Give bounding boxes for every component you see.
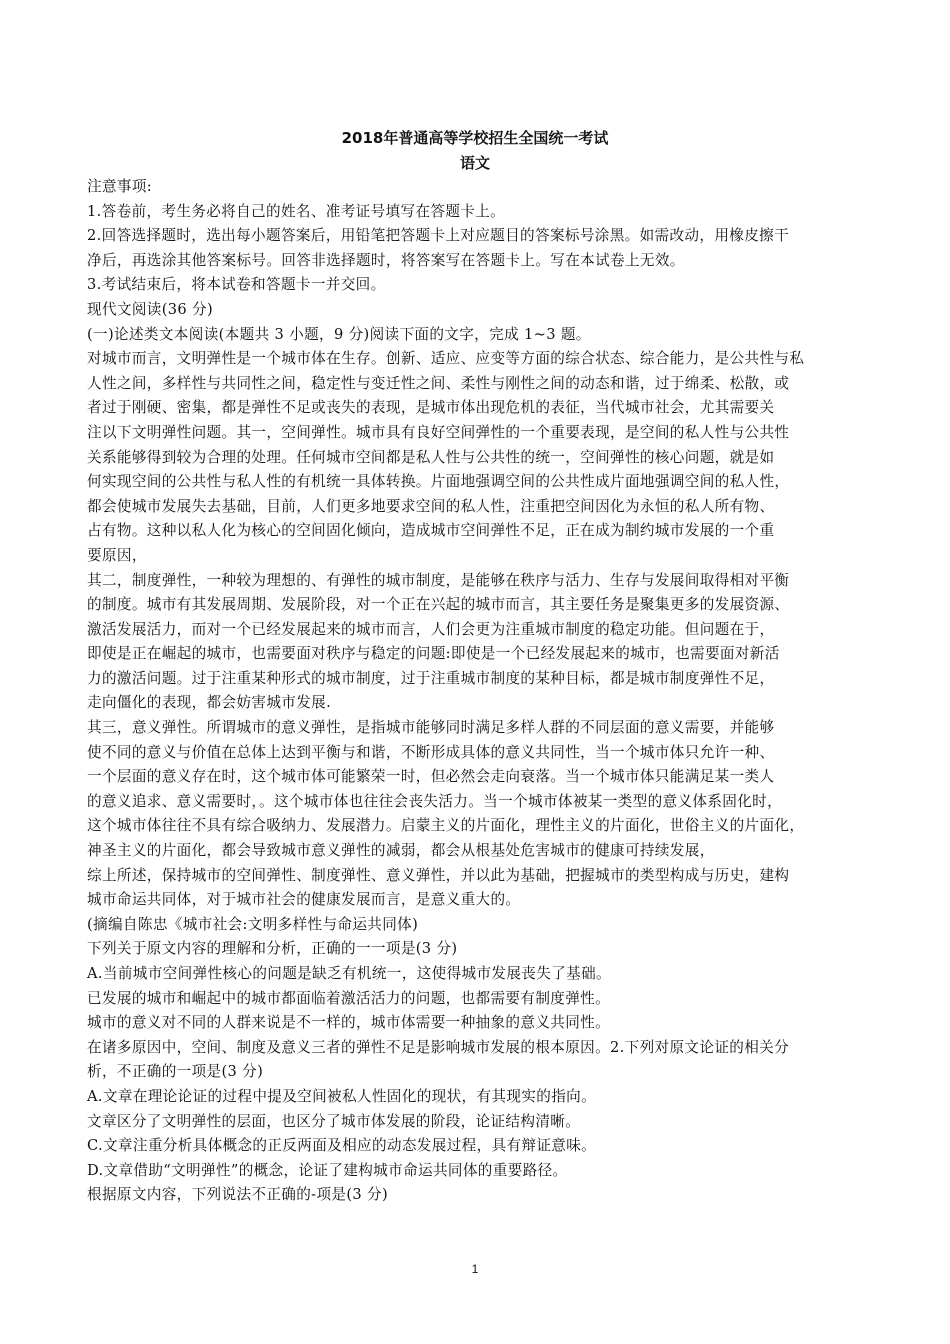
notice-item-2: 2.回答选择题时，选出每小题答案后，用铅笔把答题卡上对应题目的答案标号涂黑。如需… <box>87 224 877 249</box>
passage-line: 人性之间，多样性与共同性之间，稳定性与变迁性之间、柔性与刚性之间的动态和谐，过于… <box>87 372 877 397</box>
question-1-stem: 下列关于原文内容的理解和分析，正确的一一项是(3 分) <box>87 937 877 962</box>
notice-item-3: 3.考试结束后，将本试卷和答题卡一并交回。 <box>87 273 877 298</box>
notice-heading: 注意事项: <box>87 175 877 200</box>
passage-line: 的意义追求、意义需要时，。这个城市体也往往会丧失活力。当一个城市体被某一类型的意… <box>87 790 877 815</box>
passage-line: 者过于刚硬、密集，都是弹性不足或丧失的表现，是城市体出现危机的表征，当代城市社会… <box>87 396 877 421</box>
passage-line: 要原因， <box>87 544 877 569</box>
passage-line: 都会使城市发展失去基础，目前，人们更多地要求空间的私人性，注重把空间因化为永恒的… <box>87 495 877 520</box>
passage-line: 即使是正在崛起的城市，也需要面对秩序与稳定的问题:即使是一个已经发展起来的城市，… <box>87 642 877 667</box>
passage-line: 的制度。城市有其发展周期、发展阶段，对一个正在兴起的城市而言，其主要任务是聚集更… <box>87 593 877 618</box>
document-body: 注意事项: 1.答卷前，考生务必将自己的姓名、准考证号填写在答题卡上。 2.回答… <box>87 175 877 1208</box>
notice-item-1: 1.答卷前，考生务必将自己的姓名、准考证号填写在答题卡上。 <box>87 200 877 225</box>
exam-title: 2018年普通高等学校招生全国统一考试 <box>0 127 950 148</box>
passage-line: 使不同的意义与价值在总体上达到平衡与和谐，不断形成具体的意义共同性，当一个城市体… <box>87 741 877 766</box>
passage-line: 占有物。这种以私人化为核心的空间固化倾向，造成城市空间弹性不足，正在成为制约城市… <box>87 519 877 544</box>
section-heading: 现代文阅读(36 分) <box>87 298 877 323</box>
question-1-option: 在诸多原因中，空间、制度及意义三者的弹性不足是影响城市发展的根本原因。2.下列对… <box>87 1036 877 1061</box>
passage-line: 神圣主义的片面化，都会导致城市意义弹性的减弱，都会从根基处危害城市的健康可持续发… <box>87 839 877 864</box>
document-page: 2018年普通高等学校招生全国统一考试 语文 注意事项: 1.答卷前，考生务必将… <box>0 0 950 1344</box>
passage-line: 注以下文明弹性问题。其一，空间弹性。城市具有良好空间弹性的一个重要表现，是空间的… <box>87 421 877 446</box>
passage-line: 一个层面的意义存在时，这个城市体可能繁荣一时，但必然会走向衰落。当一个城市体只能… <box>87 765 877 790</box>
passage-line: 其三，意义弹性。所谓城市的意义弹性，是指城市能够同时满足多样人群的不同层面的意义… <box>87 716 877 741</box>
question-1-option: A.当前城市空间弹性核心的问题是缺乏有机统一，这使得城市发展丧失了基础。 <box>87 962 877 987</box>
passage-line: 关系能够得到较为合理的处理。任何城市空间都是私人性与公共性的统一，空间弹性的核心… <box>87 446 877 471</box>
page-number: 1 <box>0 1262 950 1276</box>
passage-line: 走向僵化的表现，都会妨害城市发展. <box>87 691 877 716</box>
passage-line: 何实现空间的公共性与私人性的有机统一具体转换。片面地强调空间的公共性成片面地强调… <box>87 470 877 495</box>
passage-line: 其二，制度弹性，一种较为理想的、有弹性的城市制度，是能够在秩序与活力、生存与发展… <box>87 569 877 594</box>
question-1-option: 已发展的城市和崛起中的城市都面临着激活活力的问题，也都需要有制度弹性。 <box>87 987 877 1012</box>
exam-subject: 语文 <box>0 152 950 173</box>
question-3-stem: 根据原文内容，下列说法不正确的-项是(3 分) <box>87 1183 877 1208</box>
question-2-option: 文章区分了文明弹性的层面，也区分了城市体发展的阶段，论证结构清晰。 <box>87 1110 877 1135</box>
passage-line: 对城市而言，文明弹性是一个城市体在生存。创新、适应、应变等方面的综合状态、综合能… <box>87 347 877 372</box>
question-2-option: A.文章在理论论证的过程中提及空间被私人性固化的现状，有其现实的指向。 <box>87 1085 877 1110</box>
question-1-option: 城市的意义对不同的人群来说是不一样的，城市体需要一种抽象的意义共同性。 <box>87 1011 877 1036</box>
subsection-heading: (一)论述类文本阅读(本题共 3 小题，9 分)阅读下面的文字，完成 1~3 题… <box>87 323 877 348</box>
passage-line: 力的激活问题。过于注重某种形式的城市制度，过于注重城市制度的某种目标，都是城市制… <box>87 667 877 692</box>
passage-line: 城市命运共同体，对于城市社会的健康发展而言，是意义重大的。 <box>87 888 877 913</box>
notice-item-2-cont: 净后，再选涂其他答案标号。回答非选择题时，将答案写在答题卡上。写在本试卷上无效。 <box>87 249 877 274</box>
question-2-option: C.文章注重分析具体概念的正反两面及相应的动态发展过程，具有辩证意味。 <box>87 1134 877 1159</box>
passage-source: (摘编自陈忠《城市社会:文明多样性与命运共同体) <box>87 913 877 938</box>
passage-line: 这个城市体往往不具有综合吸纳力、发展潜力。启蒙主义的片面化，理性主义的片面化，世… <box>87 814 877 839</box>
question-2-stem: 析，不正确的一项是(3 分) <box>87 1060 877 1085</box>
passage-line: 激活发展活力，而对一个已经发展起来的城市而言，人们会更为注重城市制度的稳定功能。… <box>87 618 877 643</box>
question-2-option: D.文章借助“文明弹性”的概念，论证了建构城市命运共同体的重要路径。 <box>87 1159 877 1184</box>
passage-line: 综上所述，保持城市的空间弹性、制度弹性、意义弹性，并以此为基础，把握城市的类型构… <box>87 864 877 889</box>
